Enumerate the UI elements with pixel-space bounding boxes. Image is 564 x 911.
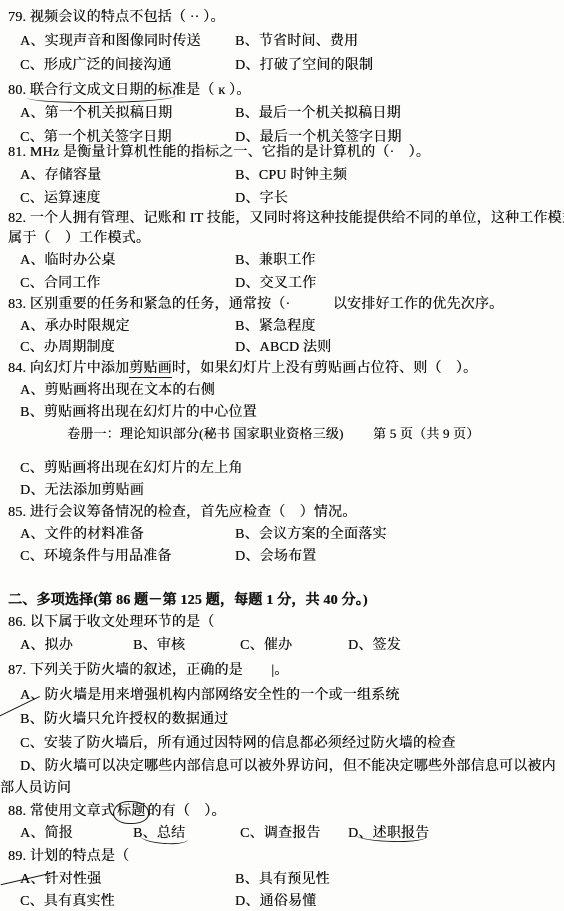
question-84-option-a: A、剪贴画将出现在文本的右侧 bbox=[0, 381, 564, 403]
question-82-row-cd: C、合同工作 D、交叉工作 bbox=[0, 274, 564, 296]
question-88-option-a: A、简报 bbox=[20, 824, 73, 844]
question-80-option-b: B、最后一个机关拟稿日期 bbox=[235, 104, 401, 124]
question-85-option-a: A、文件的材料准备 bbox=[20, 525, 144, 545]
page-footer-volume-label: 卷册一：理论知识部分(秘书 国家职业资格三级) bbox=[67, 424, 344, 444]
question-86-option-a: A、拟办 bbox=[20, 636, 73, 656]
page-footer: 卷册一：理论知识部分(秘书 国家职业资格三级) 第 5 页（共 9 页） bbox=[0, 424, 564, 446]
question-85-option-c: C、环境条件与用品准备 bbox=[20, 547, 172, 567]
question-80-stem: 80. 联合行文成文日期的标准是（ ĸ ）。 bbox=[0, 81, 564, 103]
question-89-stem: 89. 计划的特点是（ bbox=[0, 847, 564, 869]
question-88-stem-pre: 88. 常使用文章式 bbox=[8, 804, 115, 819]
question-89-option-c: C、具有真实性 bbox=[20, 892, 115, 911]
question-84-option-b: B、剪贴画将出现在幻灯片的中心位置 bbox=[0, 403, 564, 425]
question-79-option-b: B、节省时间、费用 bbox=[235, 32, 358, 52]
question-79-option-d: D、打破了空间的限制 bbox=[235, 56, 373, 76]
question-84-stem-post: 时，如果幻灯片上没有剪贴画占位符、则（ ）。 bbox=[172, 361, 477, 376]
question-81-stem: 81. MHz 是衡量计算机性能的指标之一、它指的是计算机的（· ）。 bbox=[0, 143, 564, 165]
question-85-option-d: D、会场布置 bbox=[235, 547, 316, 567]
question-89-option-d: D、通俗易懂 bbox=[235, 892, 316, 911]
question-85-row-cd: C、环境条件与用品准备 D、会场布置 bbox=[0, 547, 564, 569]
question-83-stem: 83. 区别重要的任务和紧急的任务，通常按（· 以安排好工作的优先次序。 bbox=[0, 295, 564, 317]
question-81-option-a: A、存储容量 bbox=[20, 166, 101, 186]
question-81-option-b: B、CPU 时钟主频 bbox=[235, 166, 347, 186]
question-79-option-c: C、形成广泛的间接沟通 bbox=[20, 56, 172, 76]
question-89-option-a: A、针对性强 bbox=[20, 870, 101, 890]
question-87-stem: 87. 下列关于防火墙的叙述，正确的是 |。 bbox=[0, 661, 564, 683]
question-79-row-cd: C、形成广泛的间接沟通 D、打破了空间的限制 bbox=[0, 56, 564, 78]
question-83-option-b: B、紧急程度 bbox=[235, 317, 316, 337]
question-79-row-ab: A、实现声音和图像同时传送 B、节省时间、费用 bbox=[0, 32, 564, 54]
question-88-stem-circled-term: 标题 bbox=[113, 801, 149, 824]
question-87-option-d-line1: D、防火墙可以决定哪些内部信息可以被外界访问，但不能决定哪些外部信息可以被内 bbox=[0, 757, 564, 779]
question-86-option-d: D、签发 bbox=[348, 636, 401, 656]
question-89-row-cd: C、具有真实性 D、通俗易懂 bbox=[0, 892, 564, 911]
question-87-option-b: B、防火墙只允许授权的数据通过 bbox=[0, 710, 564, 732]
question-84-stem-pre: 84. 向幻灯片中添加 bbox=[8, 361, 129, 376]
question-88-stem: 88. 常使用文章式标题的有（ ）。 bbox=[0, 801, 564, 823]
question-84-option-d: D、无法添加剪贴画 bbox=[0, 481, 564, 503]
question-83-option-c: C、办周期制度 bbox=[20, 338, 115, 358]
question-84-option-c: C、剪贴画将出现在幻灯片的左上角 bbox=[0, 459, 564, 481]
question-83-option-a: A、承办时限规定 bbox=[20, 317, 130, 337]
question-84-stem-underlined-term: 剪贴画 bbox=[129, 361, 172, 378]
question-86-option-c: C、催办 bbox=[240, 636, 292, 656]
question-81-option-d: D、字长 bbox=[235, 189, 288, 209]
question-82-stem-line1: 82. 一个人拥有管理、记账和 IT 技能，又同时将这种技能提供给不同的单位，这… bbox=[0, 209, 564, 231]
question-88-stem-post: 的有（ ）。 bbox=[147, 804, 225, 819]
question-88-option-d: D、述职报告 bbox=[348, 824, 429, 844]
question-88-options-row: A、简报 B、总结 C、调查报告 D、述职报告 bbox=[0, 824, 564, 846]
question-88-option-c: C、调查报告 bbox=[240, 824, 321, 844]
question-89-option-b: B、具有预见性 bbox=[235, 870, 330, 890]
question-82-option-b: B、兼职工作 bbox=[235, 251, 316, 271]
question-85-stem: 85. 进行会议筹备情况的检查，首先应检查（ ）情况。 bbox=[0, 503, 564, 525]
question-87-option-d-line2: 部人员访问 bbox=[0, 779, 564, 801]
question-82-option-d: D、交叉工作 bbox=[235, 274, 316, 294]
page-footer-page-number: 第 5 页（共 9 页） bbox=[373, 424, 479, 444]
question-84-stem: 84. 向幻灯片中添加剪贴画时，如果幻灯片上没有剪贴画占位符、则（ ）。 bbox=[0, 359, 564, 381]
question-81-row-ab: A、存储容量 B、CPU 时钟主频 bbox=[0, 166, 564, 188]
question-83-row-cd: C、办周期制度 D、ABCD 法则 bbox=[0, 338, 564, 360]
question-81-option-c: C、运算速度 bbox=[20, 189, 101, 209]
question-89-row-ab: A、针对性强 B、具有预见性 bbox=[0, 870, 564, 892]
question-80-row-ab: A、第一个机关拟稿日期 B、最后一个机关拟稿日期 bbox=[0, 104, 564, 126]
question-86-option-b: B、审核 bbox=[133, 636, 185, 656]
question-82-stem-line2: 属于（ ）工作模式。 bbox=[0, 229, 564, 251]
question-82-row-ab: A、临时办公桌 B、兼职工作 bbox=[0, 251, 564, 273]
question-87-option-a: A、防火墙是用来增强机构内部网络安全性的一个或一组系统 bbox=[0, 686, 564, 708]
question-87-option-c: C、安装了防火墙后，所有通过因特网的信息都必须经过防火墙的检查 bbox=[0, 734, 564, 756]
question-80-option-a: A、第一个机关拟稿日期 bbox=[20, 104, 172, 124]
question-88-option-b: B、总结 bbox=[133, 824, 185, 844]
question-86-options-row: A、拟办 B、审核 C、催办 D、签发 bbox=[0, 636, 564, 658]
scanned-exam-page: 79. 视频会议的特点不包括（ ·· ）。 A、实现声音和图像同时传送 B、节省… bbox=[0, 0, 564, 911]
question-79-option-a: A、实现声音和图像同时传送 bbox=[20, 32, 201, 52]
section-2-heading: 二、多项选择(第 86 题－第 125 题，每题 1 分，共 40 分。) bbox=[0, 591, 564, 613]
question-86-stem: 86. 以下属于收文处理环节的是（ bbox=[0, 613, 564, 635]
question-82-option-a: A、临时办公桌 bbox=[20, 251, 116, 271]
question-83-option-d: D、ABCD 法则 bbox=[235, 338, 331, 358]
question-85-option-b: B、会议方案的全面落实 bbox=[235, 525, 387, 545]
question-82-option-c: C、合同工作 bbox=[20, 274, 101, 294]
question-85-row-ab: A、文件的材料准备 B、会议方案的全面落实 bbox=[0, 525, 564, 547]
question-83-row-ab: A、承办时限规定 B、紧急程度 bbox=[0, 317, 564, 339]
question-79-stem: 79. 视频会议的特点不包括（ ·· ）。 bbox=[0, 8, 564, 30]
question-81-row-cd: C、运算速度 D、字长 bbox=[0, 189, 564, 211]
